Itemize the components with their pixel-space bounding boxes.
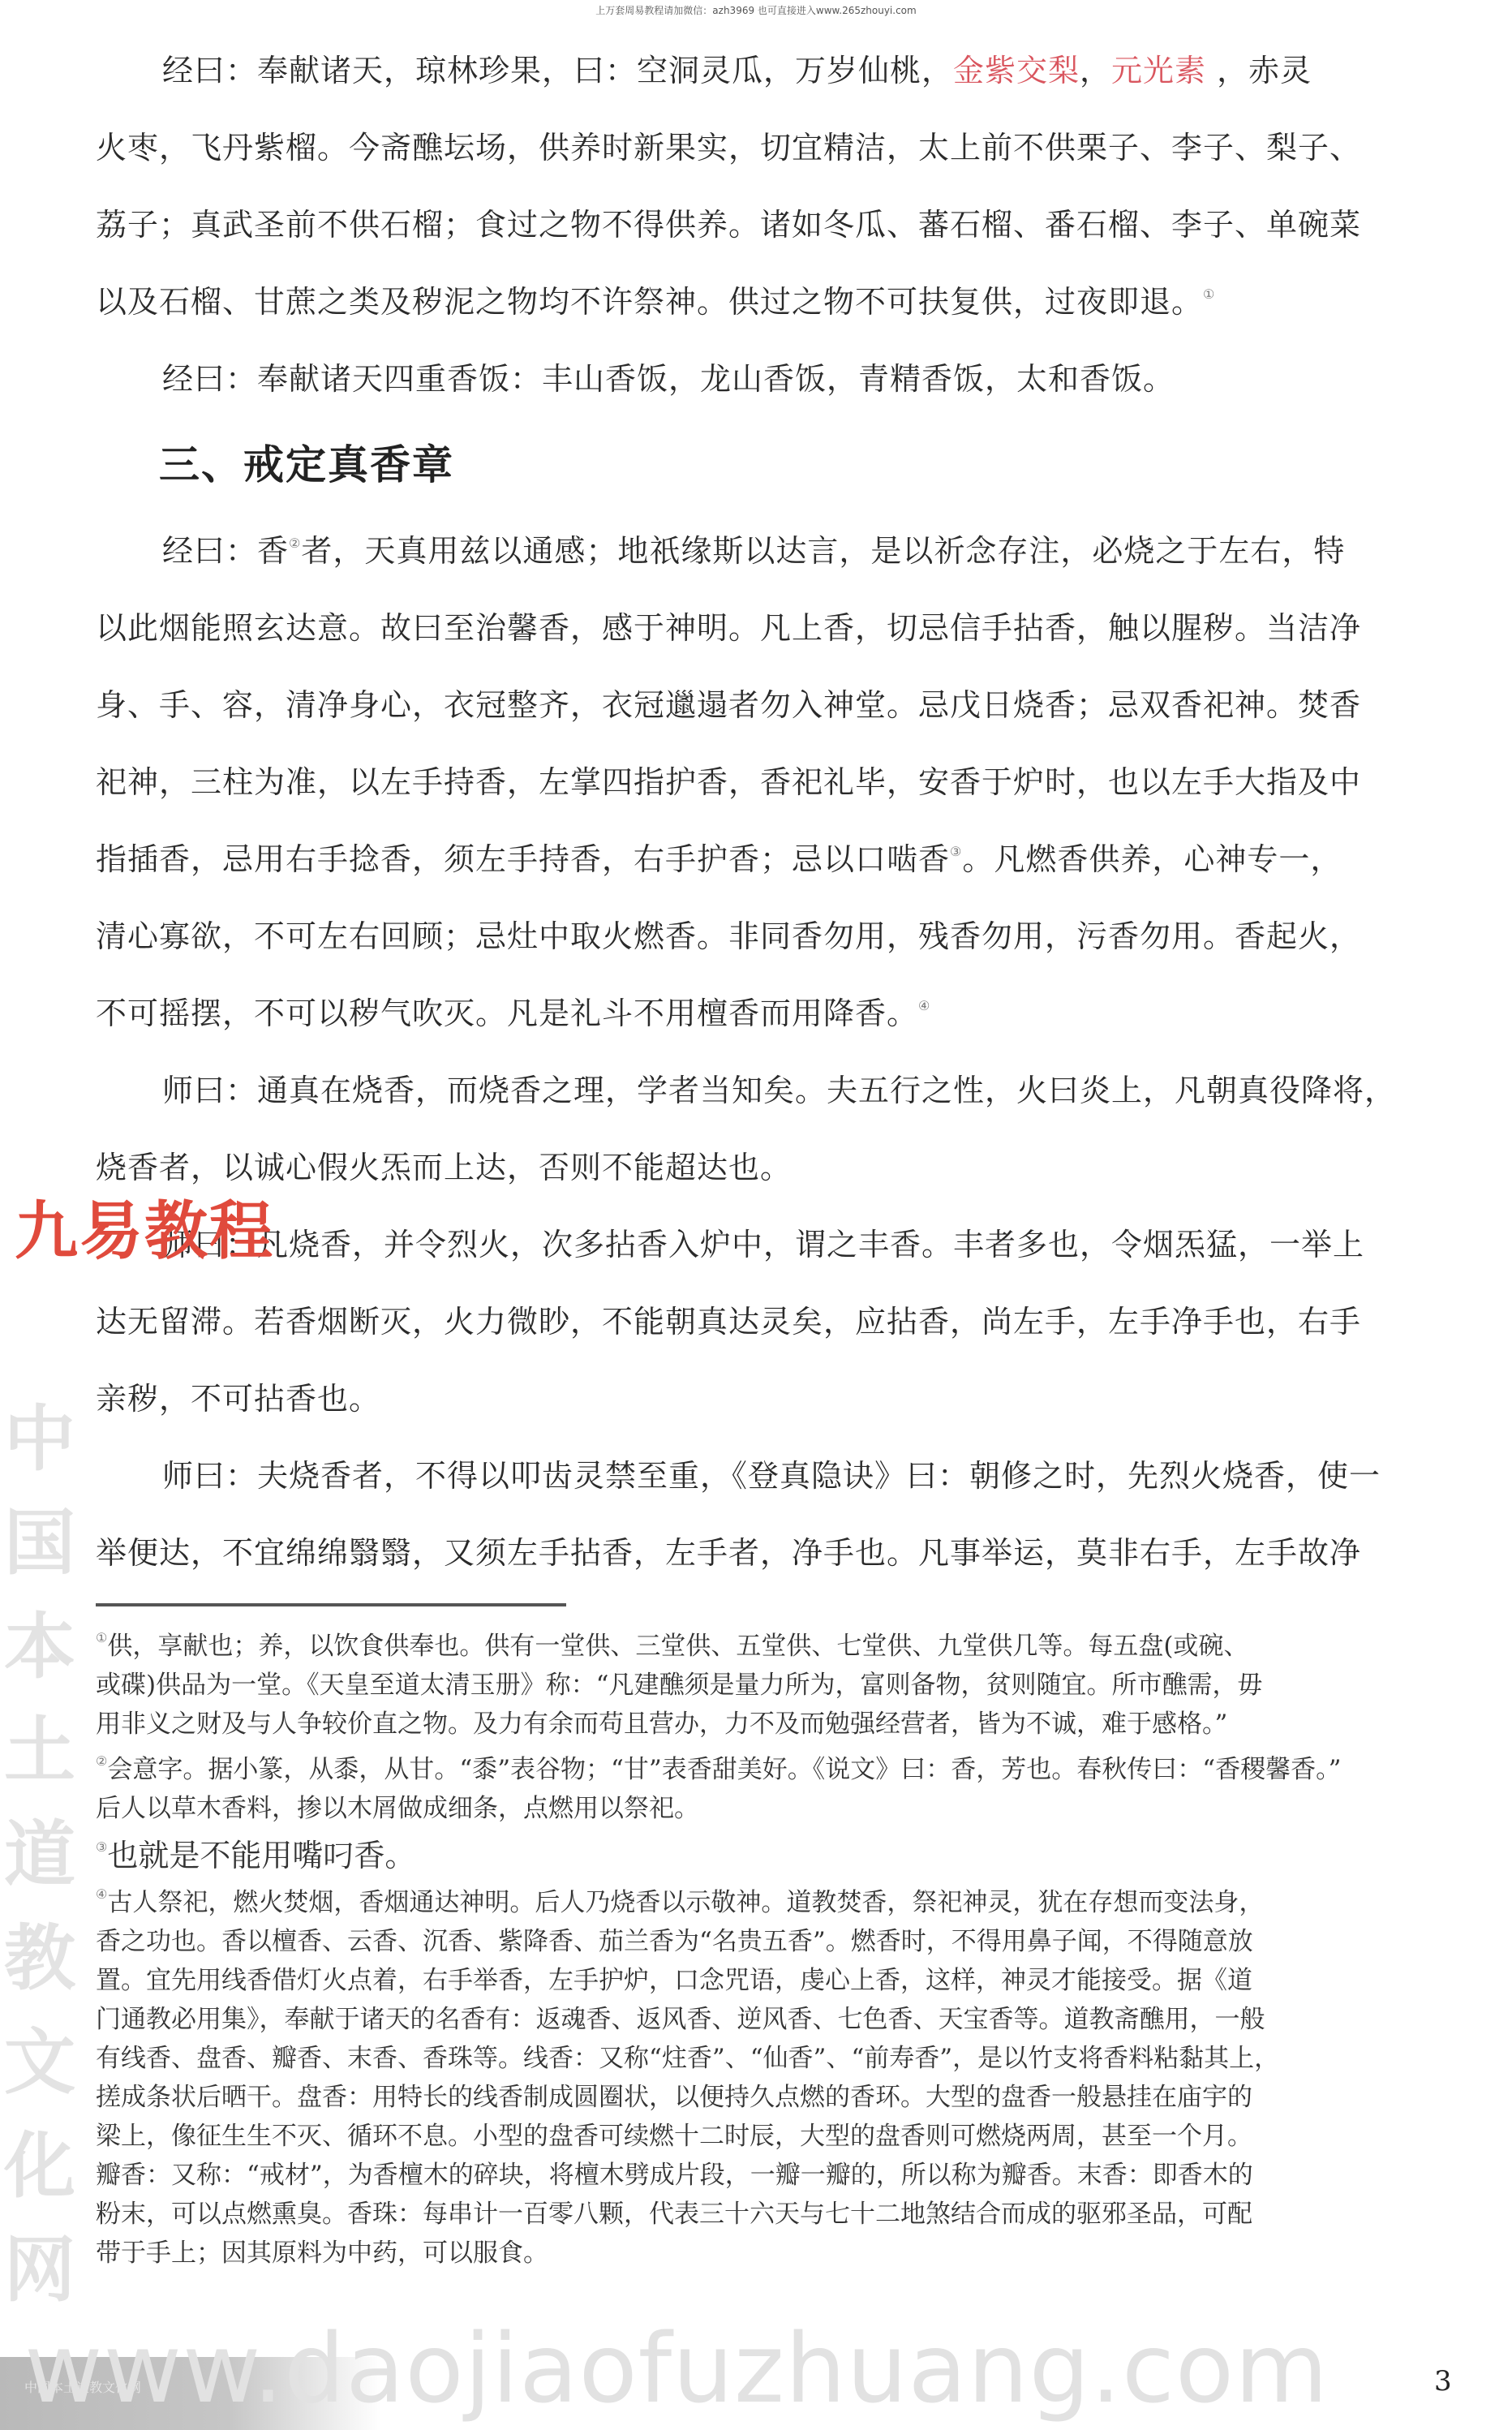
page-number: 3 bbox=[1434, 2365, 1452, 2398]
footnote-ref: ③ bbox=[950, 844, 962, 859]
footnote-item: ④古人祭祀，燃火焚烟，香烟通达神明。后人乃烧香以示敬神。道教焚香，祭祀神灵，犹在… bbox=[96, 1883, 1454, 2273]
footnote-mark: ② bbox=[96, 1753, 107, 1769]
highlighted-text: 金紫交梨 bbox=[953, 53, 1080, 88]
text-span: 以及石榴、甘蔗之类及秽泥之物均不许祭神。供过之物不可扶复供，过夜即退。 bbox=[96, 284, 1203, 320]
text-span: 不可摇摆，不可以秽气吹灭。凡是礼斗不用檀香而用降香。 bbox=[96, 996, 918, 1031]
text-span: 者，天真用兹以通感；地祇缘斯以达言，是以祈念存注，必烧之于左右，特 bbox=[301, 533, 1345, 569]
footnote-line: 置。宜先用线香借灯火点着，右手举香，左手护炉，口念咒语，虔心上香，这样，神灵才能… bbox=[96, 1961, 1454, 2000]
text-line: 身、手、容，清净身心，衣冠整齐，衣冠邋遢者勿入神堂。忌戊日烧香；忌双香祀神。焚香 bbox=[96, 667, 1454, 744]
footnote-line: 或碟)供品为一堂。《天皇至道太清玉册》称：“凡建醮须是量力所为，富则备物，贫则随… bbox=[96, 1666, 1454, 1705]
text-span: 指插香，忌用右手捻香，须左手持香，右手护香；忌以口啮香 bbox=[96, 841, 950, 877]
text-line: 火枣，飞丹紫榴。今斋醮坛场，供养时新果实，切宜精洁，太上前不供栗子、李子、梨子、 bbox=[96, 110, 1454, 187]
footnote-item: ③也就是不能用嘴叼香。 bbox=[96, 1834, 1454, 1877]
text-span: ， bbox=[1080, 53, 1111, 88]
text-line: 不可摇摆，不可以秽气吹灭。凡是礼斗不用檀香而用降香。④ bbox=[96, 975, 1454, 1052]
footnote-line: 用非义之财及与人争较价直之物。及力有余而苟且营办，力不及而勉强经营者，皆为不诚，… bbox=[96, 1705, 1454, 1744]
footnote-ref: ② bbox=[289, 535, 301, 551]
footnote-item: ①供，享献也；养，以饮食供奉也。供有一堂供、三堂供、五堂供、七堂供、九堂供几等。… bbox=[96, 1627, 1454, 1744]
footnote-divider bbox=[96, 1603, 566, 1606]
section-heading: 三、戒定真香章 bbox=[159, 432, 454, 491]
highlighted-text: 元光素 bbox=[1111, 53, 1206, 88]
top-banner-note: 上万套周易教程请加微信：azh3969 也可直接进入www.265zhouyi.… bbox=[0, 3, 1512, 17]
text-line: 荔子；真武圣前不供石榴；食过之物不得供养。诸如冬瓜、蕃石榴、番石榴、李子、单碗菜 bbox=[96, 187, 1454, 264]
footnote-line: 粉末，可以点燃熏臭。香珠：每串计一百零八颗，代表三十六天与七十二地煞结合而成的驱… bbox=[96, 2195, 1454, 2234]
footnote-line: ③也就是不能用嘴叼香。 bbox=[96, 1834, 1454, 1877]
footnote-mark: ④ bbox=[96, 1886, 107, 1902]
footnote-mark: ③ bbox=[96, 1839, 107, 1855]
text-line: 以此烟能照玄达意。故曰至治馨香，感于神明。凡上香，切忌信手拈香，触以腥秽。当洁净 bbox=[96, 590, 1454, 667]
footnote-line: ①供，享献也；养，以饮食供奉也。供有一堂供、三堂供、五堂供、七堂供、九堂供几等。… bbox=[96, 1627, 1454, 1666]
text-line: 达无留滞。若香烟断灭，火力微眇，不能朝真达灵矣，应拈香，尚左手，左手净手也，右手 bbox=[96, 1284, 1454, 1361]
footnote-ref: ① bbox=[1203, 286, 1215, 302]
text-line: 指插香，忌用右手捻香，须左手持香，右手护香；忌以口啮香③。凡燃香供养，心神专一， bbox=[96, 821, 1454, 898]
red-watermark-label: 九易教程 bbox=[15, 1181, 274, 1271]
footnote-line: 有线香、盘香、瓣香、末香、香珠等。线香：又称“炷香”、“仙香”、“前寿香”，是以… bbox=[96, 2039, 1454, 2078]
footnote-line: 香之功也。香以檀香、云香、沉香、紫降香、茄兰香为“名贵五香”。燃香时，不得用鼻子… bbox=[96, 1922, 1454, 1961]
text-line: 师曰：夫烧香者，不得以叩齿灵禁至重，《登真隐诀》曰：朝修之时，先烈火烧香，使一 bbox=[96, 1438, 1454, 1515]
footnote-line: ②会意字。据小篆，从黍，从甘。“黍”表谷物；“甘”表香甜美好。《说文》曰：香，芳… bbox=[96, 1750, 1454, 1789]
text-span: 亲秽，不可拈香也。 bbox=[96, 1381, 380, 1417]
text-span: 。凡燃香供养，心神专一， bbox=[962, 841, 1342, 877]
footnote-mark: ① bbox=[96, 1630, 107, 1645]
text-span: 经曰：奉献诸天，琼林珍果，曰：空洞灵瓜，万岁仙桃， bbox=[162, 53, 953, 88]
text-line: 祀神，三柱为准，以左手持香，左掌四指护香，香祀礼毕，安香于炉时，也以左手大指及中 bbox=[96, 744, 1454, 821]
text-span: 举便达，不宜绵绵翳翳，又须左手拈香，左手者，净手也。凡事举运，莫非右手，左手故净 bbox=[96, 1535, 1361, 1571]
text-line: 经曰：奉献诸天四重香饭：丰山香饭，龙山香饭，青精香饭，太和香饭。 bbox=[96, 341, 1454, 418]
footnote-ref: ④ bbox=[918, 998, 930, 1013]
footnotes: ①供，享献也；养，以饮食供奉也。供有一堂供、三堂供、五堂供、七堂供、九堂供几等。… bbox=[96, 1627, 1454, 2279]
text-line: 举便达，不宜绵绵翳翳，又须左手拈香，左手者，净手也。凡事举运，莫非右手，左手故净 bbox=[96, 1515, 1454, 1592]
text-span: 以此烟能照玄达意。故曰至治馨香，感于神明。凡上香，切忌信手拈香，触以腥秽。当洁净 bbox=[96, 610, 1361, 646]
text-line: 经曰：香②者，天真用兹以通感；地祇缘斯以达言，是以祈念存注，必烧之于左右，特 bbox=[96, 513, 1454, 590]
text-span: 达无留滞。若香烟断灭，火力微眇，不能朝真达灵矣，应拈香，尚左手，左手净手也，右手 bbox=[96, 1304, 1361, 1340]
footnote-line: 带于手上；因其原料为中药，可以服食。 bbox=[96, 2234, 1454, 2273]
footnote-line: 后人以草木香料，掺以木屑做成细条，点燃用以祭祀。 bbox=[96, 1789, 1454, 1828]
text-span: 经曰：奉献诸天四重香饭：丰山香饭，龙山香饭，青精香饭，太和香饭。 bbox=[162, 361, 1175, 397]
text-span: 师曰：凡烧香，并令烈火，次多拈香入炉中，谓之丰香。丰者多也，令烟炁猛，一举上 bbox=[162, 1227, 1364, 1262]
text-line: 以及石榴、甘蔗之类及秽泥之物均不许祭神。供过之物不可扶复供，过夜即退。① bbox=[96, 264, 1454, 341]
text-span: ，赤灵 bbox=[1206, 53, 1312, 88]
text-span: 火枣，飞丹紫榴。今斋醮坛场，供养时新果实，切宜精洁，太上前不供栗子、李子、梨子、 bbox=[96, 130, 1361, 166]
footnote-line: 梁上，像征生生不灭、循环不息。小型的盘香可续燃十二时辰，大型的盘香则可燃烧两周，… bbox=[96, 2117, 1454, 2156]
text-line: 清心寡欲，不可左右回顾；忌灶中取火燃香。非同香勿用，残香勿用，污香勿用。香起火， bbox=[96, 898, 1454, 975]
footnote-line: 门通教必用集》，奉献于诸天的名香有：返魂香、返风香、逆风香、七色香、天宝香等。道… bbox=[96, 2000, 1454, 2039]
text-span: 师曰：通真在烧香，而烧香之理，学者当知矣。夫五行之性，火曰炎上，凡朝真役降将， bbox=[162, 1073, 1396, 1108]
text-span: 清心寡欲，不可左右回顾；忌灶中取火燃香。非同香勿用，残香勿用，污香勿用。香起火， bbox=[96, 918, 1361, 954]
text-span: 师曰：夫烧香者，不得以叩齿灵禁至重，《登真隐诀》曰：朝修之时，先烈火烧香，使一 bbox=[162, 1458, 1381, 1494]
body-text-main: 经曰：香②者，天真用兹以通感；地祇缘斯以达言，是以祈念存注，必烧之于左右，特以此… bbox=[96, 513, 1454, 1592]
vertical-watermark: 中国本土道教文化网 bbox=[3, 1387, 76, 2322]
footnote-line: 搓成条状后晒干。盘香：用特长的线香制成圆圈状，以便持久点燃的香环。大型的盘香一般… bbox=[96, 2078, 1454, 2117]
url-watermark: www.daojiaofuzhuang.com bbox=[24, 2312, 1329, 2424]
text-line: 经曰：奉献诸天，琼林珍果，曰：空洞灵瓜，万岁仙桃，金紫交梨，元光素 ，赤灵 bbox=[96, 32, 1454, 110]
footnote-line: 瓣香：又称：“戒材”，为香檀木的碎块，将檀木劈成片段，一瓣一瓣的，所以称为瓣香。… bbox=[96, 2156, 1454, 2195]
text-line: 烧香者，以诚心假火炁而上达，否则不能超达也。 bbox=[96, 1129, 1454, 1206]
text-span: 祀神，三柱为准，以左手持香，左掌四指护香，香祀礼毕，安香于炉时，也以左手大指及中 bbox=[96, 764, 1361, 800]
text-line: 师曰：凡烧香，并令烈火，次多拈香入炉中，谓之丰香。丰者多也，令烟炁猛，一举上 bbox=[96, 1206, 1454, 1284]
footnote-item: ②会意字。据小篆，从黍，从甘。“黍”表谷物；“甘”表香甜美好。《说文》曰：香，芳… bbox=[96, 1750, 1454, 1828]
text-span: 身、手、容，清净身心，衣冠整齐，衣冠邋遢者勿入神堂。忌戊日烧香；忌双香祀神。焚香 bbox=[96, 687, 1361, 723]
footnote-line: ④古人祭祀，燃火焚烟，香烟通达神明。后人乃烧香以示敬神。道教焚香，祭祀神灵，犹在… bbox=[96, 1883, 1454, 1922]
body-text-top: 经曰：奉献诸天，琼林珍果，曰：空洞灵瓜，万岁仙桃，金紫交梨，元光素 ，赤灵火枣，… bbox=[96, 32, 1454, 418]
text-span: 荔子；真武圣前不供石榴；食过之物不得供养。诸如冬瓜、蕃石榴、番石榴、李子、单碗菜 bbox=[96, 207, 1361, 243]
text-span: 经曰：香 bbox=[162, 533, 289, 569]
text-line: 师曰：通真在烧香，而烧香之理，学者当知矣。夫五行之性，火曰炎上，凡朝真役降将， bbox=[96, 1052, 1454, 1129]
text-line: 亲秽，不可拈香也。 bbox=[96, 1361, 1454, 1438]
